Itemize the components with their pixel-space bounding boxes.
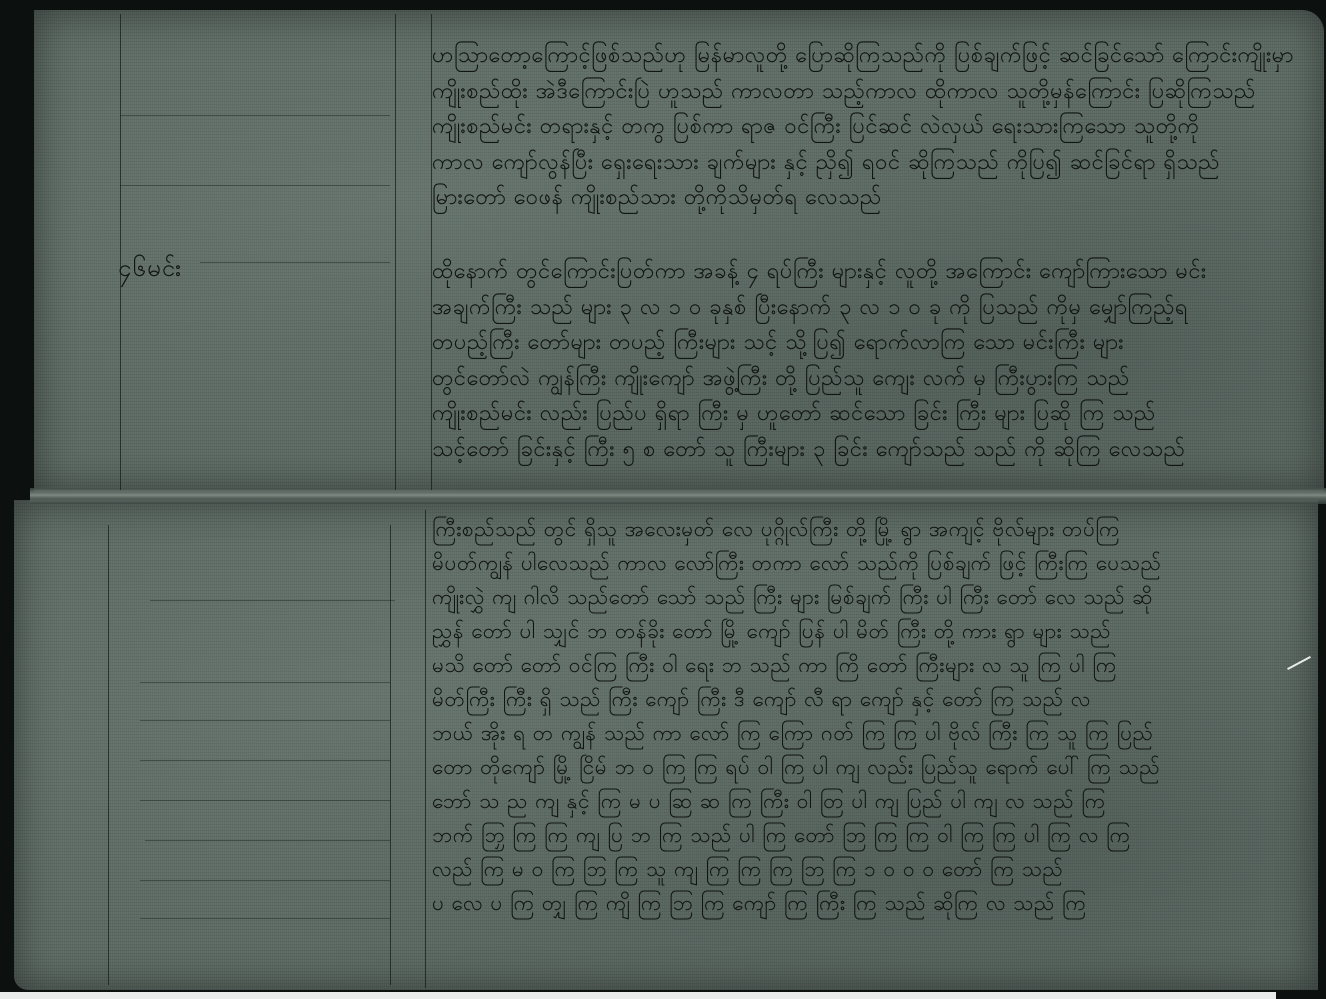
text-line: တပည့်ကြီး တော်များ တပည့် ကြီးများ သင့် သ… (432, 325, 1306, 361)
text-line: မြားတော် ဝေဖန် ကျိုးစည်သား တို့ကိုသိမှတ်… (432, 180, 1306, 216)
margin-rule-h (140, 918, 390, 919)
text-rule-bottom (425, 510, 426, 988)
scan-edge (0, 992, 1326, 999)
text-line: ဘက် ဘြှ ကြ ကြ ကျ ပြ ဘ ကြ သည် ပါ ကြ တော် … (432, 818, 1306, 852)
margin-rule-h (140, 682, 390, 683)
text-line: တော တိုကျော် မြို့ ငြိမ် ဘ ဝ ကြ ကြ ရပ် ဝ… (432, 750, 1306, 784)
paragraph-3: ကြီးစည်သည် တွင် ရှိသူ အလေးမှတ် လေ ပုဂ္ဂိ… (432, 512, 1306, 920)
text-line: လည် ကြ မ ဝ ကြ ဘြ ကြ သူ ကျ ကြ ကြ ကြ ဘြ ကြ… (432, 852, 1306, 886)
text-line: အချက်ကြီး သည် များ ၃ လ ၁ ဝ ခုနှစ် ပြီးနေ… (432, 290, 1306, 326)
margin-heading: ၄၆မင်း (118, 252, 182, 288)
text-line: သင့်တော် ခြင်းနှင့် ကြီး ၅ စ တော် သူ ကြီ… (432, 432, 1306, 468)
paragraph-2: ထိုနောက် တွင်ကြောင်းပြတ်ကာ အခန့် ၄ ရပ်ကြ… (432, 254, 1306, 467)
margin-rule-h (120, 185, 390, 186)
margin-rule-h (140, 880, 390, 881)
scan-corner (1276, 990, 1326, 999)
margin-rule-h (140, 720, 390, 721)
margin-rule-inner (395, 14, 396, 490)
margin-rule-inner-bottom (390, 525, 391, 985)
text-line: ကျိုးစည်မင်း လည်း ပြည်ပ ရှိရာ ကြီး မှ ဟူ… (432, 396, 1306, 432)
text-line: ပ လေ ပ ကြ တျှ ကြ ကျိ ကြ ဘြ ကြ ကျော် ကြ က… (432, 886, 1306, 920)
text-line: ဘယ် အိုး ရ တ ကျွန် သည် ကာ လော် ကြ ကြော ဂ… (432, 716, 1306, 750)
text-line: ကြီးစည်သည် တွင် ရှိသူ အလေးမှတ် လေ ပုဂ္ဂိ… (432, 512, 1306, 546)
margin-rule-h (150, 600, 395, 601)
text-line: မိတ်ကြီး ကြီး ရှိ သည် ကြီး ကျော် ကြီး ဒီ… (432, 682, 1306, 716)
text-line: ကျိုးလွှဲ ကျ ဂါလိ သည်တော် သော် သည် ကြီး … (432, 580, 1306, 614)
text-line: မိပတ်ကျွန် ပါလေသည် ကာလ လော်ကြီး တကာ လော်… (432, 546, 1306, 580)
margin-rule-h (145, 840, 390, 841)
margin-rule-h (140, 800, 390, 801)
text-line: ထိုနောက် တွင်ကြောင်းပြတ်ကာ အခန့် ၄ ရပ်ကြ… (432, 254, 1306, 290)
text-line: တွင်တော်လဲ ကျွန်ကြီး ကျိုးကျော် အဖွဲ့ကြီ… (432, 361, 1306, 397)
margin-rule-h (200, 262, 390, 263)
paragraph-1: ဟသြာတော့ကြောင့်ဖြစ်သည်ဟု မြန်မာလူတို့ ပြ… (432, 38, 1306, 216)
margin-rule-h (140, 760, 390, 761)
page-fold (30, 488, 1326, 504)
text-line: ဘော် သ ည ကျ နှင့် ကြ မ ပ ဆြ ဆ ကြ ကြီး ဝါ… (432, 784, 1306, 818)
text-line: ကာလ ကျော်လွန်ပြီး ရှေးရေးသား ချက်များ နှ… (432, 145, 1306, 181)
text-line: ကျိုးစည်ထိုး အဲဒီကြောင်းပြဲ ဟူသည် ကာလတာ … (432, 74, 1306, 110)
margin-rule-left-bottom (108, 525, 109, 985)
text-line: ညွှန် တော် ပါ သျှင် ဘ တန်ခိုး တော် မြို့… (432, 614, 1306, 648)
text-line: မသိ တော် တော် ဝင်ကြ ကြီး ဝါ ရေး ဘ သည် ကာ… (432, 648, 1306, 682)
text-line: ဟသြာတော့ကြောင့်ဖြစ်သည်ဟု မြန်မာလူတို့ ပြ… (432, 38, 1306, 74)
margin-rule-h (120, 115, 390, 116)
text-line: ကျိုးစည်မင်း တရားနှင့် တကွ ပြစ်ကာ ရာဇ ဝင… (432, 109, 1306, 145)
